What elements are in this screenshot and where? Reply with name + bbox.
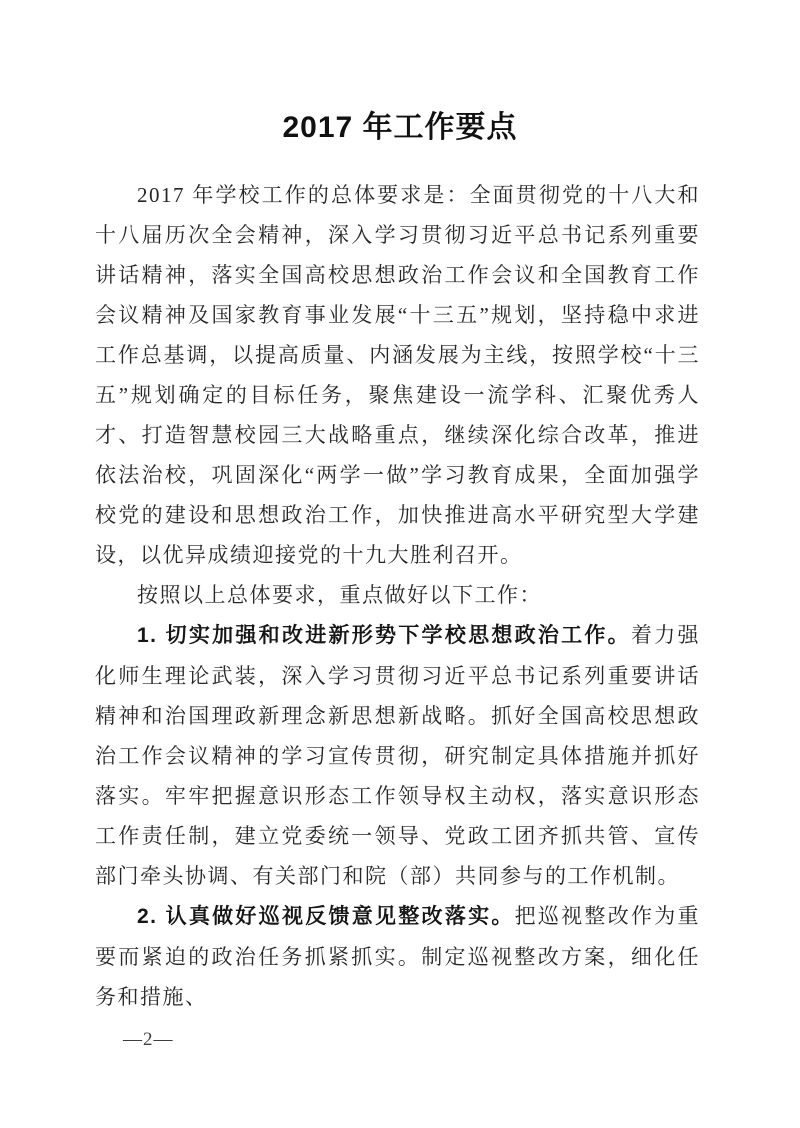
text-run: 2017 年学校工作的总体要求是：全面贯彻党的十八大和十八届历次全会精神，深入学… [95, 183, 700, 567]
text-run: 着力强化师生理论武装，深入学习贯彻习近平总书记系列重要讲话精神和治国理政新理念新… [95, 623, 700, 888]
paragraph: 2. 认真做好巡视反馈意见整改落实。把巡视整改作为重要而紧迫的政治任务抓紧抓实。… [95, 896, 700, 1017]
paragraph: 按照以上总体要求，重点做好以下工作： [95, 575, 700, 615]
document-body: 2017 年学校工作的总体要求是：全面贯彻党的十八大和十八届历次全会精神，深入学… [95, 175, 700, 1017]
bold-text-run: 1. 切实加强和改进新形势下学校思想政治工作。 [137, 624, 631, 647]
paragraph: 2017 年学校工作的总体要求是：全面贯彻党的十八大和十八届历次全会精神，深入学… [95, 175, 700, 575]
page-number: —2— [123, 1029, 174, 1051]
text-run: 按照以上总体要求，重点做好以下工作： [137, 583, 542, 607]
paragraph: 1. 切实加强和改进新形势下学校思想政治工作。着力强化师生理论武装，深入学习贯彻… [95, 615, 700, 896]
bold-text-run: 2. 认真做好巡视反馈意见整改落实。 [137, 905, 515, 928]
document-page: 2017 年工作要点 2017 年学校工作的总体要求是：全面贯彻党的十八大和十八… [0, 0, 800, 1128]
page-title: 2017 年工作要点 [0, 0, 800, 148]
